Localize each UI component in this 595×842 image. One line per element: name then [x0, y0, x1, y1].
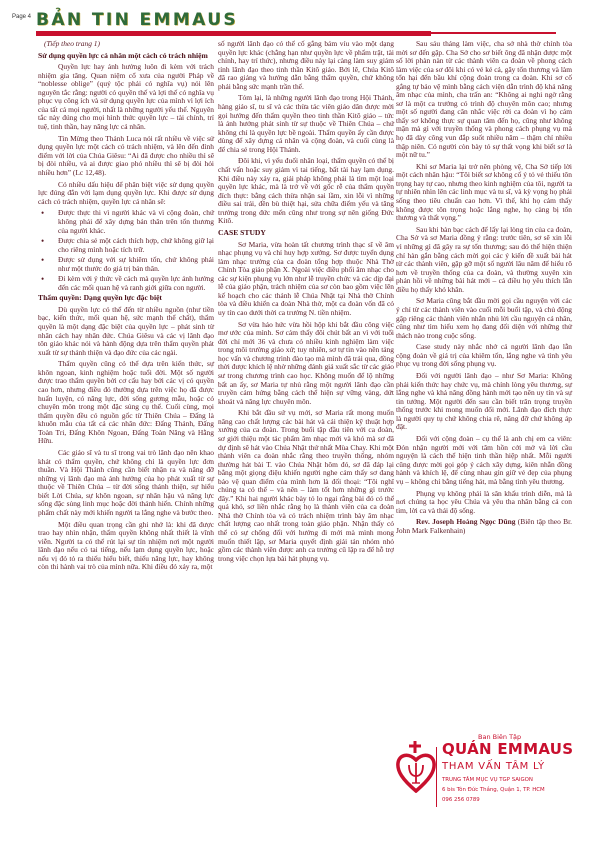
column-3: Sau sáu tháng làm việc, cha sở nhà thờ c…: [396, 40, 572, 539]
header-rule-thick: [36, 31, 431, 36]
masthead-title: BẢN TIN EMMAUS: [36, 10, 238, 30]
logo-name: QUÁN EMMAUS: [442, 740, 573, 758]
paragraph: Một điều quan trọng cần ghi nhớ là: khi …: [38, 521, 214, 572]
paragraph: Sơ vừa háo hức vừa hồi hộp khi bắt đầu c…: [218, 321, 394, 406]
heart-psi-cross-icon: [396, 741, 436, 793]
paragraph: Đối với cộng đoàn – cụ thể là anh chị em…: [396, 435, 572, 486]
continued-note: (Tiếp theo trang 1): [38, 40, 214, 49]
paragraph: Khi sơ Maria lại trở nên phòng vệ, Cha S…: [396, 163, 572, 223]
paragraph: Thẩm quyền cũng có thể dựa trên kiến thứ…: [38, 360, 214, 445]
paragraph: số người lãnh đạo có thể cố gắng bám víu…: [218, 40, 394, 91]
bullet-item: Được sử dụng với sự khiêm tốn, chứ không…: [38, 256, 214, 273]
paragraph: Sơ Maria, vừa hoàn tất chương trình thạc…: [218, 241, 394, 318]
paragraph: Case study này nhắc nhở cả người lãnh đạ…: [396, 343, 572, 369]
logo-divider: [436, 747, 437, 807]
paragraph: Khi bắt đầu sứ vụ mới, sơ Maria rất mong…: [218, 409, 394, 563]
paragraph: Sơ Maria cũng bắt đầu mời gọi cầu nguyện…: [396, 297, 572, 340]
author-signature: Rev. Joseph Hoàng Ngọc Dũng (Biên tập th…: [396, 518, 572, 535]
paragraph: Tóm lại, là những người lãnh đạo trong H…: [218, 94, 394, 154]
paragraph: Đôi khi, vì yếu đuối nhân loại, thẩm quy…: [218, 157, 394, 225]
bullet-item: Được chia sẻ một cách thích hợp, chứ khô…: [38, 237, 214, 254]
page-header: Page 4 BẢN TIN EMMAUS: [0, 0, 595, 38]
bullet-item: Được thực thi vì người khác và vì cộng đ…: [38, 209, 214, 235]
column-1: (Tiếp theo trang 1) Sử dụng quyền lực cá…: [38, 40, 214, 575]
column-2: số người lãnh đạo có thể cố gắng bám víu…: [218, 40, 394, 566]
section-heading: Thẩm quyền: Dạng quyền lực đặc biệt: [38, 294, 214, 303]
paragraph: Đối với người lãnh đạo – như Sơ Maria: K…: [396, 372, 572, 432]
logo-subtitle: THAM VẤN TÂM LÝ: [442, 761, 545, 772]
logo-organization: TRUNG TÂM MỤC VỤ TGP SAIGON: [442, 777, 533, 783]
section-heading: Sử dụng quyền lực cá nhân một cách có tr…: [38, 52, 214, 61]
case-study-heading: CASE STUDY: [218, 229, 394, 238]
logo-phone: 096 256 0789: [442, 797, 480, 803]
bullet-item: Đi kèm với ý thức về cách mà quyền lực ả…: [38, 275, 214, 292]
paragraph: Quyền lực hay ảnh hưởng luôn đi kèm với …: [38, 63, 214, 131]
paragraph: Có nhiều dấu hiệu để phân biệt việc sử d…: [38, 181, 214, 207]
header-rule-thin: [431, 32, 556, 34]
paragraph: Sau sáu tháng làm việc, cha sở nhà thờ c…: [396, 40, 572, 160]
quan-emmaus-logo: Ban Biên Tập QUÁN EMMAUS THAM VẤN TÂM LÝ…: [396, 733, 576, 813]
page-number: Page 4: [12, 14, 31, 20]
bullet-list: Được thực thi vì người khác và vì cộng đ…: [38, 209, 214, 292]
paragraph: Sau khi bàn bạc cách để lấy lại lòng tin…: [396, 226, 572, 294]
paragraph: Tin Mừng theo Thánh Luca nói rất nhiều v…: [38, 135, 214, 178]
paragraph: Các giáo sĩ và tu sĩ trong vai trò lãnh …: [38, 449, 214, 517]
paragraph: Dù quyền lực có thể đến từ nhiều nguồn (…: [38, 306, 214, 357]
logo-address: 6 bis Tôn Đức Thắng, Quận 1, TP. HCM: [442, 787, 545, 793]
paragraph: Phụng vụ không phải là sân khấu trình di…: [396, 490, 572, 516]
